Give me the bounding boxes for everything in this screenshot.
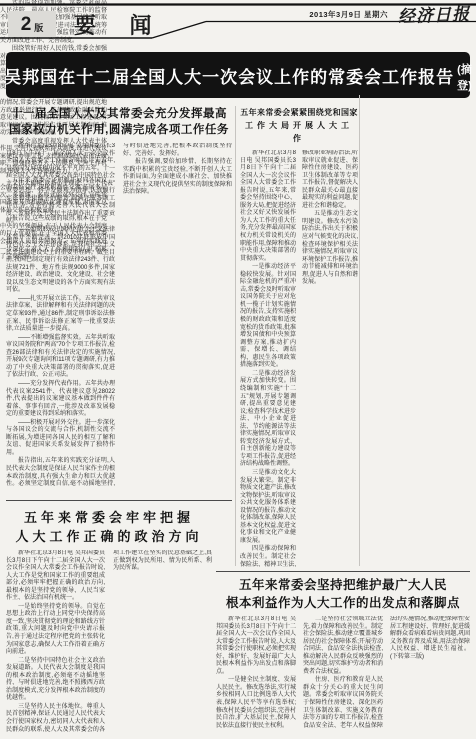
paragraph: 新华社北京3月8日电 吴邦国委员长3月8日下午向十二届全国人大一次会议作全国人大… [6, 143, 115, 226]
heading-line-2: 国家权力机关作用,圆满完成各项工作任务 [6, 122, 232, 138]
paragraph: 二是推动经济发展方式加快转变。围绕编制和实施“十二五”规划,开展专题调研,提出重… [240, 371, 296, 469]
article-bottom-middle: 五年来常委会坚持把维护最广大人民 根本利益作为人大工作的出发点和落脚点 新华社北… [216, 577, 470, 736]
paragraph: 二是坚持中国特色社会主义政治发展道路。人民代表大会制度是我国的根本政治制度,必须… [6, 658, 105, 703]
heading-line-1: 五年来常委会紧紧围绕党和国家 [240, 106, 358, 119]
vertical-divider-right [359, 95, 360, 566]
horizontal-divider-left [6, 500, 232, 501]
heading-line-2: 根本利益作为人大工作的出发点和落脚点 [216, 595, 470, 613]
masthead-logo: 经济日报 [398, 0, 471, 27]
paragraph: 新华社北京3月8日电 吴邦国委员长3月8日下午向十二届全国人大一次会议作全国人大… [6, 550, 105, 603]
heading-line-1: 五年来常委会牢牢把握 [6, 508, 212, 527]
paragraph: 新华社北京3月8日电 吴邦国委员长3月8日下午向十二届全国人大一次会议作全国人大… [216, 616, 296, 676]
section-title: 要 闻 [74, 9, 166, 40]
paragraph: 报告强调,要倍加珍惜、长期坚持在实践中积累的宝贵经验,不断开创人大工作新局面,为… [123, 159, 232, 197]
article-bottom-middle-heading: 五年来常委会坚持把维护最广大人民 根本利益作为人大工作的出发点和落脚点 [216, 577, 470, 612]
paragraph: 新华社北京3月8日电 吴邦国委员长3月8日下午向十二届全国人大一次会议作全国人大… [240, 150, 296, 263]
page-number-label: 版 [34, 15, 43, 34]
paragraph: 五是推动生态文明建设。修改水污染防治法,作出关于积极应对气候变化的决议,检查环境… [302, 211, 358, 286]
article-bottom-left-heading: 五年来常委会牢牢把握 人大工作正确的政治方向 [6, 508, 212, 546]
paragraph: 一是健全民主制度、发展人民民主。修改选举法,实行城乡按相同人口比例选举人大代表,… [216, 677, 296, 730]
headline-subtitle: (摘登) [457, 57, 472, 93]
page-number-box: 2 版 [8, 11, 56, 37]
issue-date: 2013年3月9日 星期六 [268, 9, 388, 20]
heading-line-1: 十一届全国人大及其常委会充分发挥最高 [6, 106, 232, 122]
newspaper-page: 2 版 要 闻 2013年3月9日 星期六 经济日报 吴邦国在十二届全国人大一次… [0, 0, 476, 739]
article-top-middle-heading: 五年来常委会紧紧围绕党和国家 工作大局开展人大工作 [240, 106, 358, 145]
paragraph: ——积极开展对外交往。进一步深化与各国议会的交流与合作,机制性交流不断拓展,为增… [6, 420, 115, 458]
article-bottom-left-body: 新华社北京3月8日电 吴邦国委员长3月8日下午向十二届全国人大一次会议作全国人大… [6, 550, 212, 736]
article-top-middle: 五年来常委会紧紧围绕党和国家 工作大局开展人大工作 新华社北京3月8日电 吴邦国… [240, 106, 358, 570]
article-top-middle-body: 新华社北京3月8日电 吴邦国委员长3月8日下午向十二届全国人大一次会议作全国人大… [240, 150, 358, 570]
article-top-left-heading: 十一届全国人大及其常委会充分发挥最高 国家权力机关作用,圆满完成各项工作任务 [6, 106, 232, 138]
paragraph: ——如期形成中国特色社会主义法律体系并不断完善。到2010年底形成中国特色社会主… [6, 227, 115, 295]
article-bottom-left: 五年来常委会牢牢把握 人大工作正确的政治方向 新华社北京3月8日电 吴邦国委员长… [6, 508, 212, 736]
paragraph: ——扎实开展立法工作。五年共审议法律草案、法律解释和有关法律问题的决定草案93件… [6, 296, 115, 334]
heading-line-1: 五年来常委会坚持把维护最广大人民 [216, 577, 470, 595]
paragraph: ——不断增强监督实效。五年共听取审议国务院和“两高”70个专项工作报告,检查26… [6, 335, 115, 380]
page-number: 2 [21, 15, 32, 34]
heading-line-2: 人大工作正确的政治方向 [6, 527, 212, 546]
horizontal-divider-middle [216, 571, 470, 572]
article-top-left: 十一届全国人大及其常委会充分发挥最高 国家权力机关作用,圆满完成各项工作任务 新… [6, 106, 232, 495]
vertical-divider-left [235, 106, 236, 566]
heading-line-2: 工作大局开展人大工作 [240, 119, 358, 145]
paragraph: 一是始终坚持党的领导。自觉在思想上政治上行动上同党中央保持高度一致,坚决贯彻党的… [6, 604, 105, 657]
paragraph: ——充分发挥代表作用。五年共办理代表议案2541件、代表建议意见28022件,代… [6, 381, 115, 419]
article-top-left-body: 新华社北京3月8日电 吴邦国委员长3月8日下午向十二届全国人大一次会议作全国人大… [6, 143, 232, 495]
paragraph: 三是推动文化大发展大繁荣。制定非物质文化遗产法,修改文物保护法,听取审议公共文化… [240, 470, 296, 545]
article-bottom-middle-body: 新华社北京3月8日电 吴邦国委员长3月8日下午向十二届全国人大一次会议作全国人大… [216, 616, 470, 736]
paragraph: 一是推动经济平稳较快发展。针对国际金融危机的严重冲击,常委会及时听取审议国务院关… [240, 264, 296, 370]
paragraph: 二是坚持社会领域立法优先,着力保障和改善民生。制定社会保险法,推动建立覆盖城乡居… [303, 616, 383, 676]
banner-headline: 吴邦国在十二届全国人大一次会议上作的常委会工作报告 (摘登) [6, 52, 470, 98]
headline-title: 吴邦国在十二届全国人大一次会议上作的常委会工作报告 [4, 63, 454, 88]
